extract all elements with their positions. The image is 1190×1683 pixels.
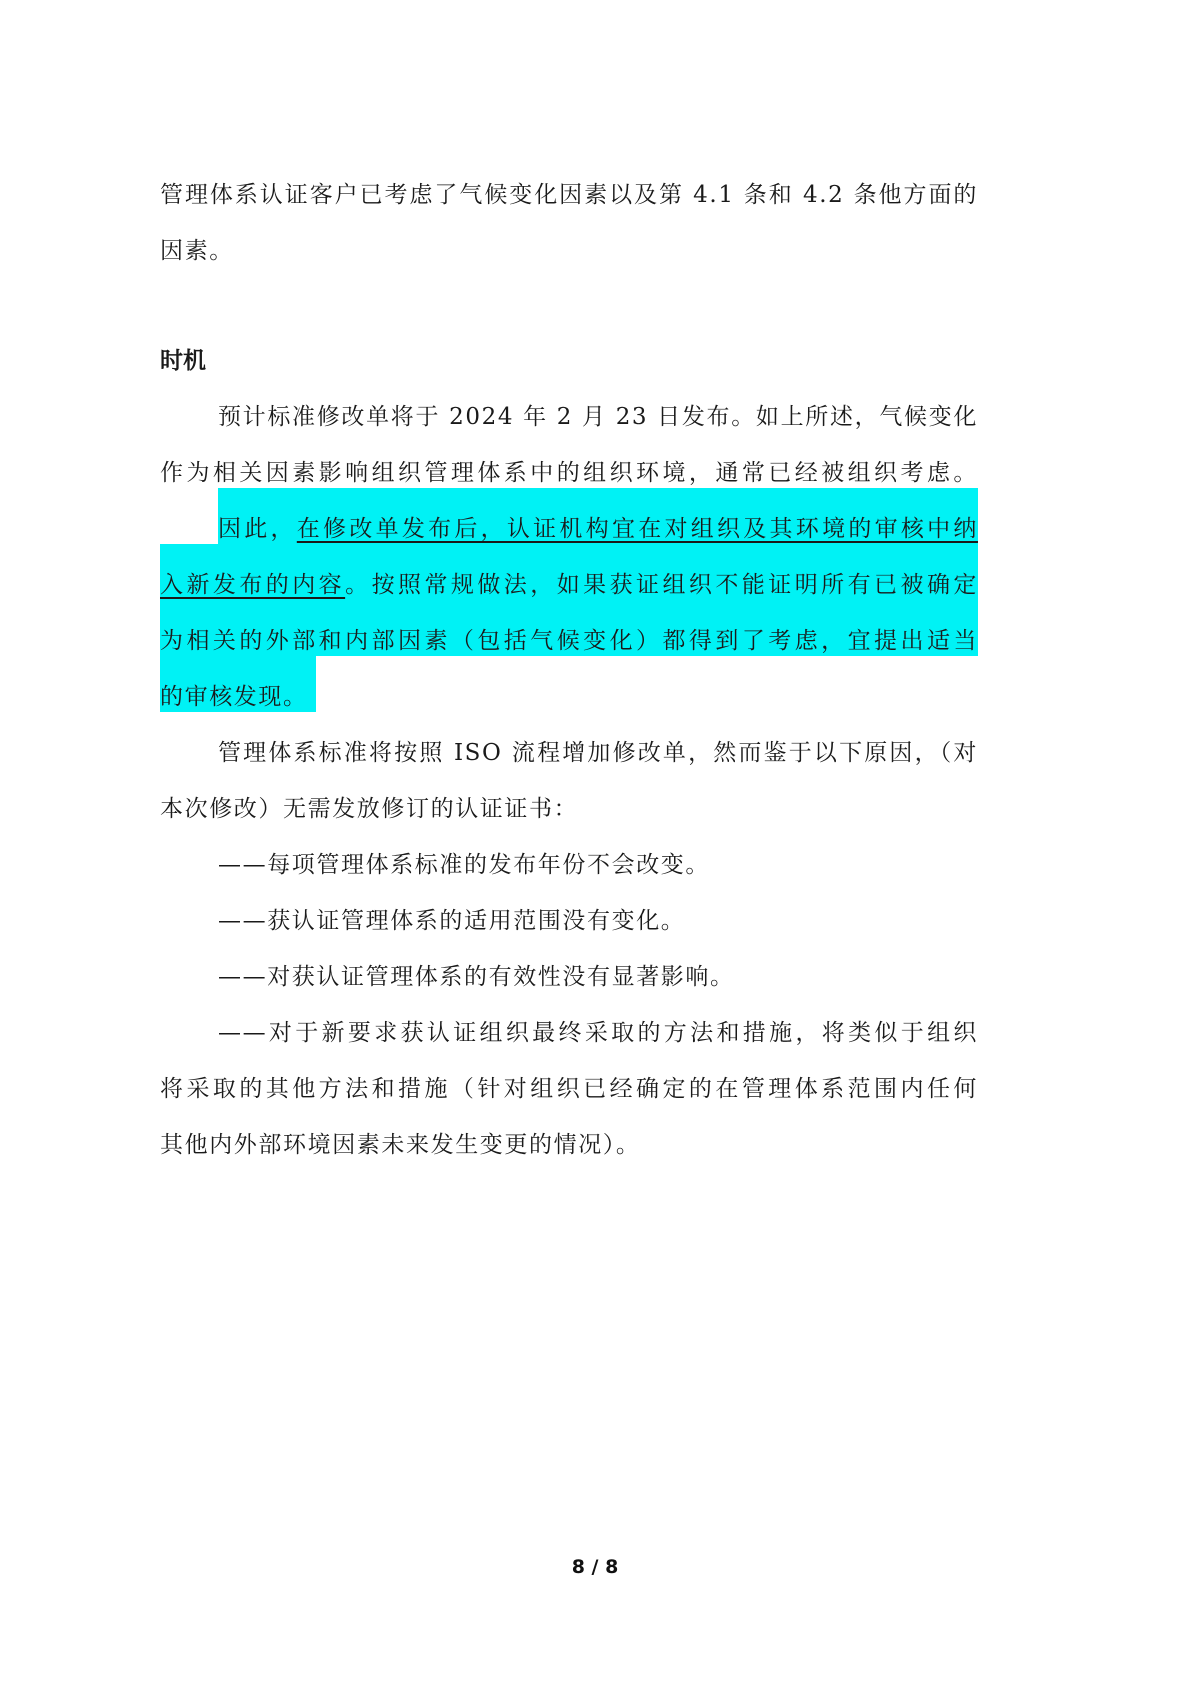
underlined-text: 入新发布的内容 bbox=[160, 572, 345, 598]
reason-item: ——对获认证管理体系的有效性没有显著影响。 bbox=[218, 962, 978, 992]
highlighted-paragraph-line: 的审核发现。 bbox=[160, 682, 978, 712]
underlined-text: 在修改单发布后，认证机构宜在对组织及其环境的审核中纳 bbox=[297, 516, 978, 542]
highlight-text: 。按照常规做法，如果获证组织不能证明所有已被确定 bbox=[345, 572, 978, 598]
reason-item-continued: 将采取的其他方法和措施（针对组织已经确定的在管理体系范围内任何 bbox=[160, 1074, 978, 1104]
paragraph-line: 本次修改）无需发放修订的认证证书： bbox=[160, 794, 978, 824]
reason-item: ——每项管理体系标准的发布年份不会改变。 bbox=[218, 850, 978, 880]
reason-item-continued: 其他内外部环境因素未来发生变更的情况）。 bbox=[160, 1130, 978, 1160]
reason-item: ——对于新要求获认证组织最终采取的方法和措施，将类似于组织 bbox=[218, 1018, 978, 1048]
paragraph-line: 管理体系标准将按照 ISO 流程增加修改单，然而鉴于以下原因，（对 bbox=[218, 738, 978, 768]
paragraph-line: 管理体系认证客户已考虑了气候变化因素以及第 4.1 条和 4.2 条他方面的 bbox=[160, 180, 978, 210]
highlighted-paragraph-line: 入新发布的内容。按照常规做法，如果获证组织不能证明所有已被确定 bbox=[160, 570, 978, 600]
paragraph-line: 作为相关因素影响组织管理体系中的组织环境，通常已经被组织考虑。 bbox=[160, 458, 978, 488]
page-number: 8 / 8 bbox=[0, 1556, 1190, 1578]
reason-item: ——获认证管理体系的适用范围没有变化。 bbox=[218, 906, 978, 936]
highlighted-paragraph-line: 为相关的外部和内部因素（包括气候变化）都得到了考虑，宜提出适当 bbox=[160, 626, 978, 656]
paragraph-line: 因素。 bbox=[160, 236, 978, 266]
section-heading: 时机 bbox=[160, 346, 978, 376]
paragraph-line: 预计标准修改单将于 2024 年 2 月 23 日发布。如上所述，气候变化 bbox=[218, 402, 978, 432]
document-page: 管理体系认证客户已考虑了气候变化因素以及第 4.1 条和 4.2 条他方面的 因… bbox=[0, 0, 1190, 1683]
highlighted-paragraph-line: 因此，在修改单发布后，认证机构宜在对组织及其环境的审核中纳 bbox=[218, 514, 978, 544]
highlight-prefix: 因此， bbox=[218, 516, 297, 542]
